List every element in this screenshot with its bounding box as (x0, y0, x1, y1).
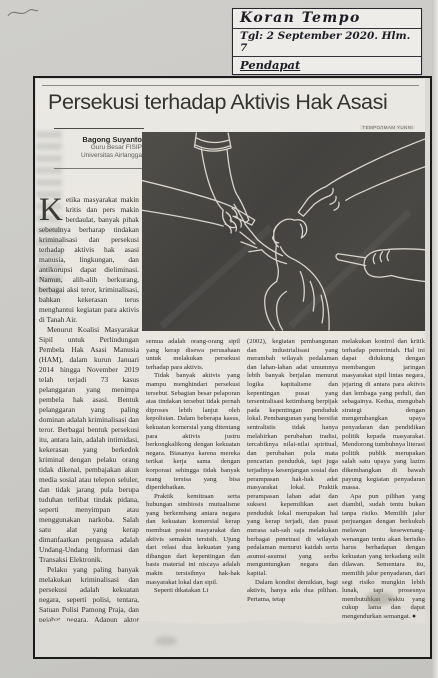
section-name: Pendapat (233, 57, 421, 74)
newspaper-clipping: Persekusi terhadap Aktivis Hak Asasi Bag… (36, 79, 425, 625)
pointing-hands-artwork (142, 132, 425, 331)
article-title: Persekusi terhadap Aktivis Hak Asasi (48, 90, 419, 115)
mounting-frame: Persekusi terhadap Aktivis Hak Asasi Bag… (33, 76, 432, 659)
paragraph: Dalam kondisi demikian, bagi aktivis, ha… (247, 579, 338, 605)
body-column-2: semua adalah orang-orang sipil yang kera… (146, 338, 240, 622)
author-affiliation: Universitas Airlangga (54, 152, 142, 160)
paragraph: (2002), kegiatan pembangunan dan industr… (247, 338, 338, 579)
author-role: Guru Besar FISIP (54, 144, 142, 152)
paragraph: Tidak banyak aktivis yang mampu menghind… (146, 372, 240, 492)
scan-smudge (365, 592, 395, 605)
paragraph: Seperti dikatakan Li (146, 587, 240, 596)
illustration-credit: TEMPO/IMAM YUNNI (360, 125, 415, 130)
paragraph-list: melakukan kontrol dan kritik terhadap pe… (342, 338, 425, 622)
paragraph: Pelaku yang paling banyak melakukan krim… (39, 565, 139, 622)
lead-paragraph: Ketika masyarakat makin kritis dan pers … (39, 195, 139, 325)
publication-name: Koran Tempo (233, 9, 421, 29)
byline: Bagong Suyanto Guru Besar FISIP Universi… (54, 128, 144, 169)
source-annotation-box: Koran Tempo Tgl: 2 September 2020. Hlm. … (232, 8, 422, 75)
paragraph-list: semua adalah orang-orang sipil yang kera… (146, 338, 240, 596)
paragraph: semua adalah orang-orang sipil yang kera… (146, 338, 240, 372)
drop-cap: K (39, 195, 66, 223)
date-page-line: Tgl: 2 September 2020. Hlm. 7 (233, 29, 421, 57)
body-column-1: Ketika masyarakat makin kritis dan pers … (39, 195, 139, 622)
paragraph: Praktik kemitraan serta hubungan simbios… (146, 493, 240, 588)
headline-top-rule (42, 85, 419, 86)
scanned-page: Koran Tempo Tgl: 2 September 2020. Hlm. … (0, 0, 438, 678)
paragraph: melakukan kontrol dan kritik terhadap pe… (342, 338, 425, 493)
pen-mark (6, 4, 40, 24)
illustration (142, 132, 425, 331)
paragraph-list: (2002), kegiatan pembangunan dan industr… (247, 338, 338, 604)
scan-smudge (155, 636, 177, 646)
page-edge (432, 0, 438, 678)
body-column-4: melakukan kontrol dan kritik terhadap pe… (342, 338, 425, 622)
paragraph: Menurut Koalisi Masyarakat Sipil untuk P… (39, 325, 139, 565)
author-name: Bagong Suyanto (54, 135, 142, 144)
body-column-3: (2002), kegiatan pembangunan dan industr… (247, 338, 338, 622)
paragraph-list: Menurut Koalisi Masyarakat Sipil untuk P… (39, 325, 139, 622)
